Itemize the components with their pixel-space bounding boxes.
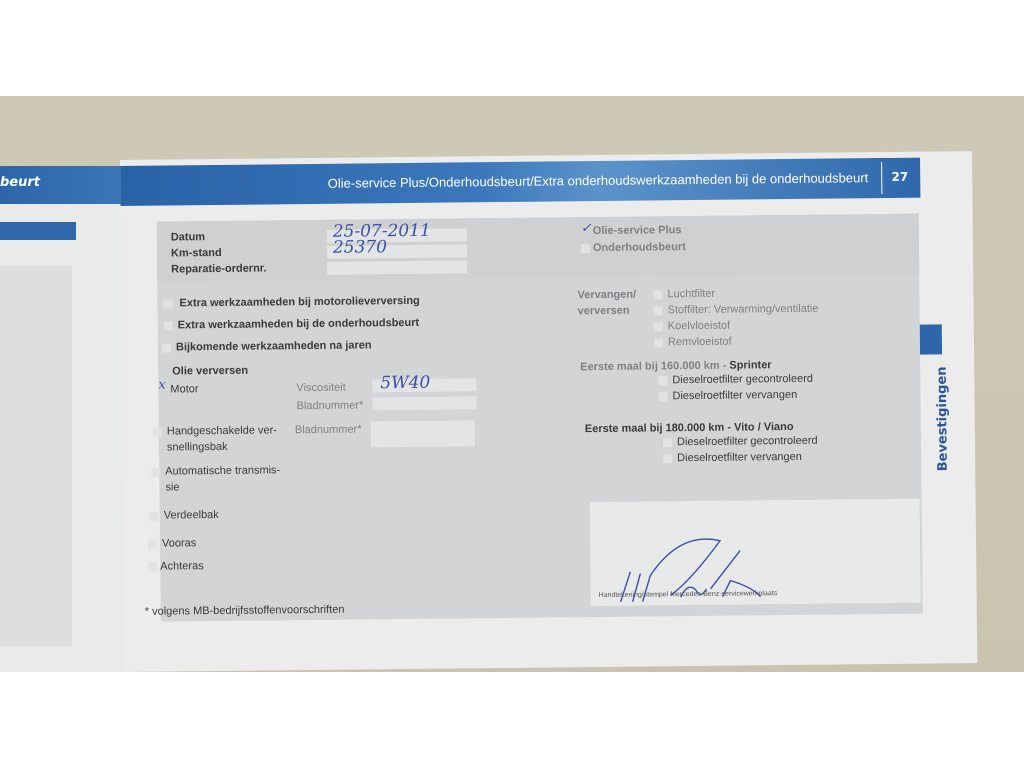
verdeelbak-checkbox[interactable]: [150, 512, 159, 521]
luchtfilter-checkbox[interactable]: [653, 290, 662, 299]
remvloeistof-label: Remvloeistof: [668, 336, 732, 349]
onderhoudsbeurt-checkbox[interactable]: [581, 244, 590, 253]
right-page: Olie-service Plus/Onderhoudsbeurt/Extra …: [120, 151, 977, 672]
sprinter-gecontroleerd-label: Dieselroetfilter gecontroleerd: [672, 373, 813, 386]
bladnummer-bak-field[interactable]: [371, 420, 475, 447]
viscositeit-label: Viscositeit: [296, 382, 345, 395]
bijkomende-checkbox[interactable]: [162, 343, 171, 352]
document-photo: beurt Olie-service Plus/Onderhoudsbeurt/…: [0, 96, 1024, 672]
achteras-checkbox[interactable]: [148, 563, 157, 572]
olie-verversen-heading: Olie verversen: [172, 365, 248, 378]
sprinter-gecontroleerd-checkbox[interactable]: [658, 376, 667, 385]
automatische-checkbox[interactable]: [151, 468, 160, 477]
order-label: Reparatie-ordernr.: [171, 262, 266, 275]
service-form: Datum 25-07-2011 Km-stand 25370 Reparati…: [157, 214, 923, 622]
automatische-label-1: Automatische transmis-: [165, 464, 280, 477]
left-grey-panel: [0, 266, 72, 646]
vooras-checkbox[interactable]: [148, 540, 157, 549]
header-divider: [881, 162, 882, 194]
vervangen-label-1: Vervangen/: [577, 289, 636, 302]
extra-onderhoud-label: Extra werkzaamheden bij de onderhoudsbeu…: [178, 317, 420, 332]
order-field[interactable]: [327, 260, 467, 274]
side-tab-label: Bevestigingen: [935, 359, 951, 479]
luchtfilter-label: Luchtfilter: [667, 288, 715, 300]
left-page: beurt: [0, 166, 129, 672]
bladnummer-motor-label: Bladnummer*: [297, 399, 364, 412]
vito-gecontroleerd-label: Dieselroetfilter gecontroleerd: [677, 435, 818, 448]
extra-onderhoud-checkbox[interactable]: [164, 321, 173, 330]
olie-service-check-mark: ✓: [581, 221, 592, 236]
viscositeit-value: 5W40: [380, 373, 430, 394]
sprinter-vervangen-label: Dieselroetfilter vervangen: [672, 389, 797, 402]
sprinter-prefix: Eerste maal bij 160.000 km -: [580, 360, 729, 374]
km-value: 25370: [333, 237, 387, 258]
left-header-band: beurt: [0, 166, 128, 204]
page-title: Olie-service Plus/Onderhoudsbeurt/Extra …: [328, 170, 869, 191]
remvloeistof-checkbox[interactable]: [654, 338, 663, 347]
left-header-text: beurt: [0, 175, 40, 190]
koelvloeistof-checkbox[interactable]: [654, 322, 663, 331]
sprinter-heading: Eerste maal bij 160.000 km - Sprinter: [580, 359, 772, 373]
motor-check-mark: x: [158, 378, 166, 393]
handgeschakelde-label-2: snellingsbak: [167, 441, 228, 454]
extra-motorolie-checkbox[interactable]: [163, 299, 172, 308]
olie-service-plus-label: Olie-service Plus: [593, 224, 682, 237]
handgeschakelde-checkbox[interactable]: [153, 428, 162, 437]
vervangen-label-2: verversen: [578, 305, 630, 318]
bladnummer-motor-field[interactable]: [372, 396, 476, 410]
datum-label: Datum: [171, 231, 205, 243]
sprinter-model: Sprinter: [729, 359, 771, 371]
bladnummer-bak-label: Bladnummer*: [295, 423, 362, 436]
vito-gecontroleerd-checkbox[interactable]: [663, 438, 672, 447]
top-section: Datum 25-07-2011 Km-stand 25370 Reparati…: [157, 214, 920, 282]
vito-heading: Eerste maal bij 180.000 km - Vito / Vian…: [585, 421, 794, 435]
achteras-label: Achteras: [160, 560, 204, 572]
extra-motorolie-label: Extra werkzaamheden bij motorolieververs…: [179, 295, 419, 310]
koelvloeistof-label: Koelvloeistof: [668, 320, 730, 333]
vito-model: Vito / Viano: [734, 421, 794, 434]
km-label: Km-stand: [171, 247, 222, 260]
bijkomende-label: Bijkomende werkzaamheden na jaren: [176, 339, 372, 353]
vooras-label: Vooras: [162, 537, 196, 549]
handgeschakelde-label-1: Handgeschakelde ver-: [167, 424, 277, 437]
signature-box[interactable]: Handtekening/stempel Mercedes-Benz-servi…: [590, 499, 921, 606]
vito-vervangen-checkbox[interactable]: [663, 454, 672, 463]
stoffilter-checkbox[interactable]: [654, 306, 663, 315]
stoffilter-label: Stoffilter: Verwarming/ventilatie: [668, 303, 819, 317]
header-band: Olie-service Plus/Onderhoudsbeurt/Extra …: [120, 158, 920, 206]
page-number: 27: [891, 170, 908, 184]
automatische-label-2: sie: [165, 481, 179, 493]
vito-vervangen-label: Dieselroetfilter vervangen: [677, 451, 802, 464]
onderhoudsbeurt-label: Onderhoudsbeurt: [593, 241, 686, 254]
left-blue-bar: [0, 222, 76, 240]
footnote: * volgens MB-bedrijfsstoffenvoorschrifte…: [145, 604, 345, 618]
verdeelbak-label: Verdeelbak: [164, 509, 219, 522]
vito-prefix: Eerste maal bij 180.000 km -: [585, 422, 734, 436]
sprinter-vervangen-checkbox[interactable]: [658, 392, 667, 401]
motor-label: Motor: [170, 383, 198, 395]
